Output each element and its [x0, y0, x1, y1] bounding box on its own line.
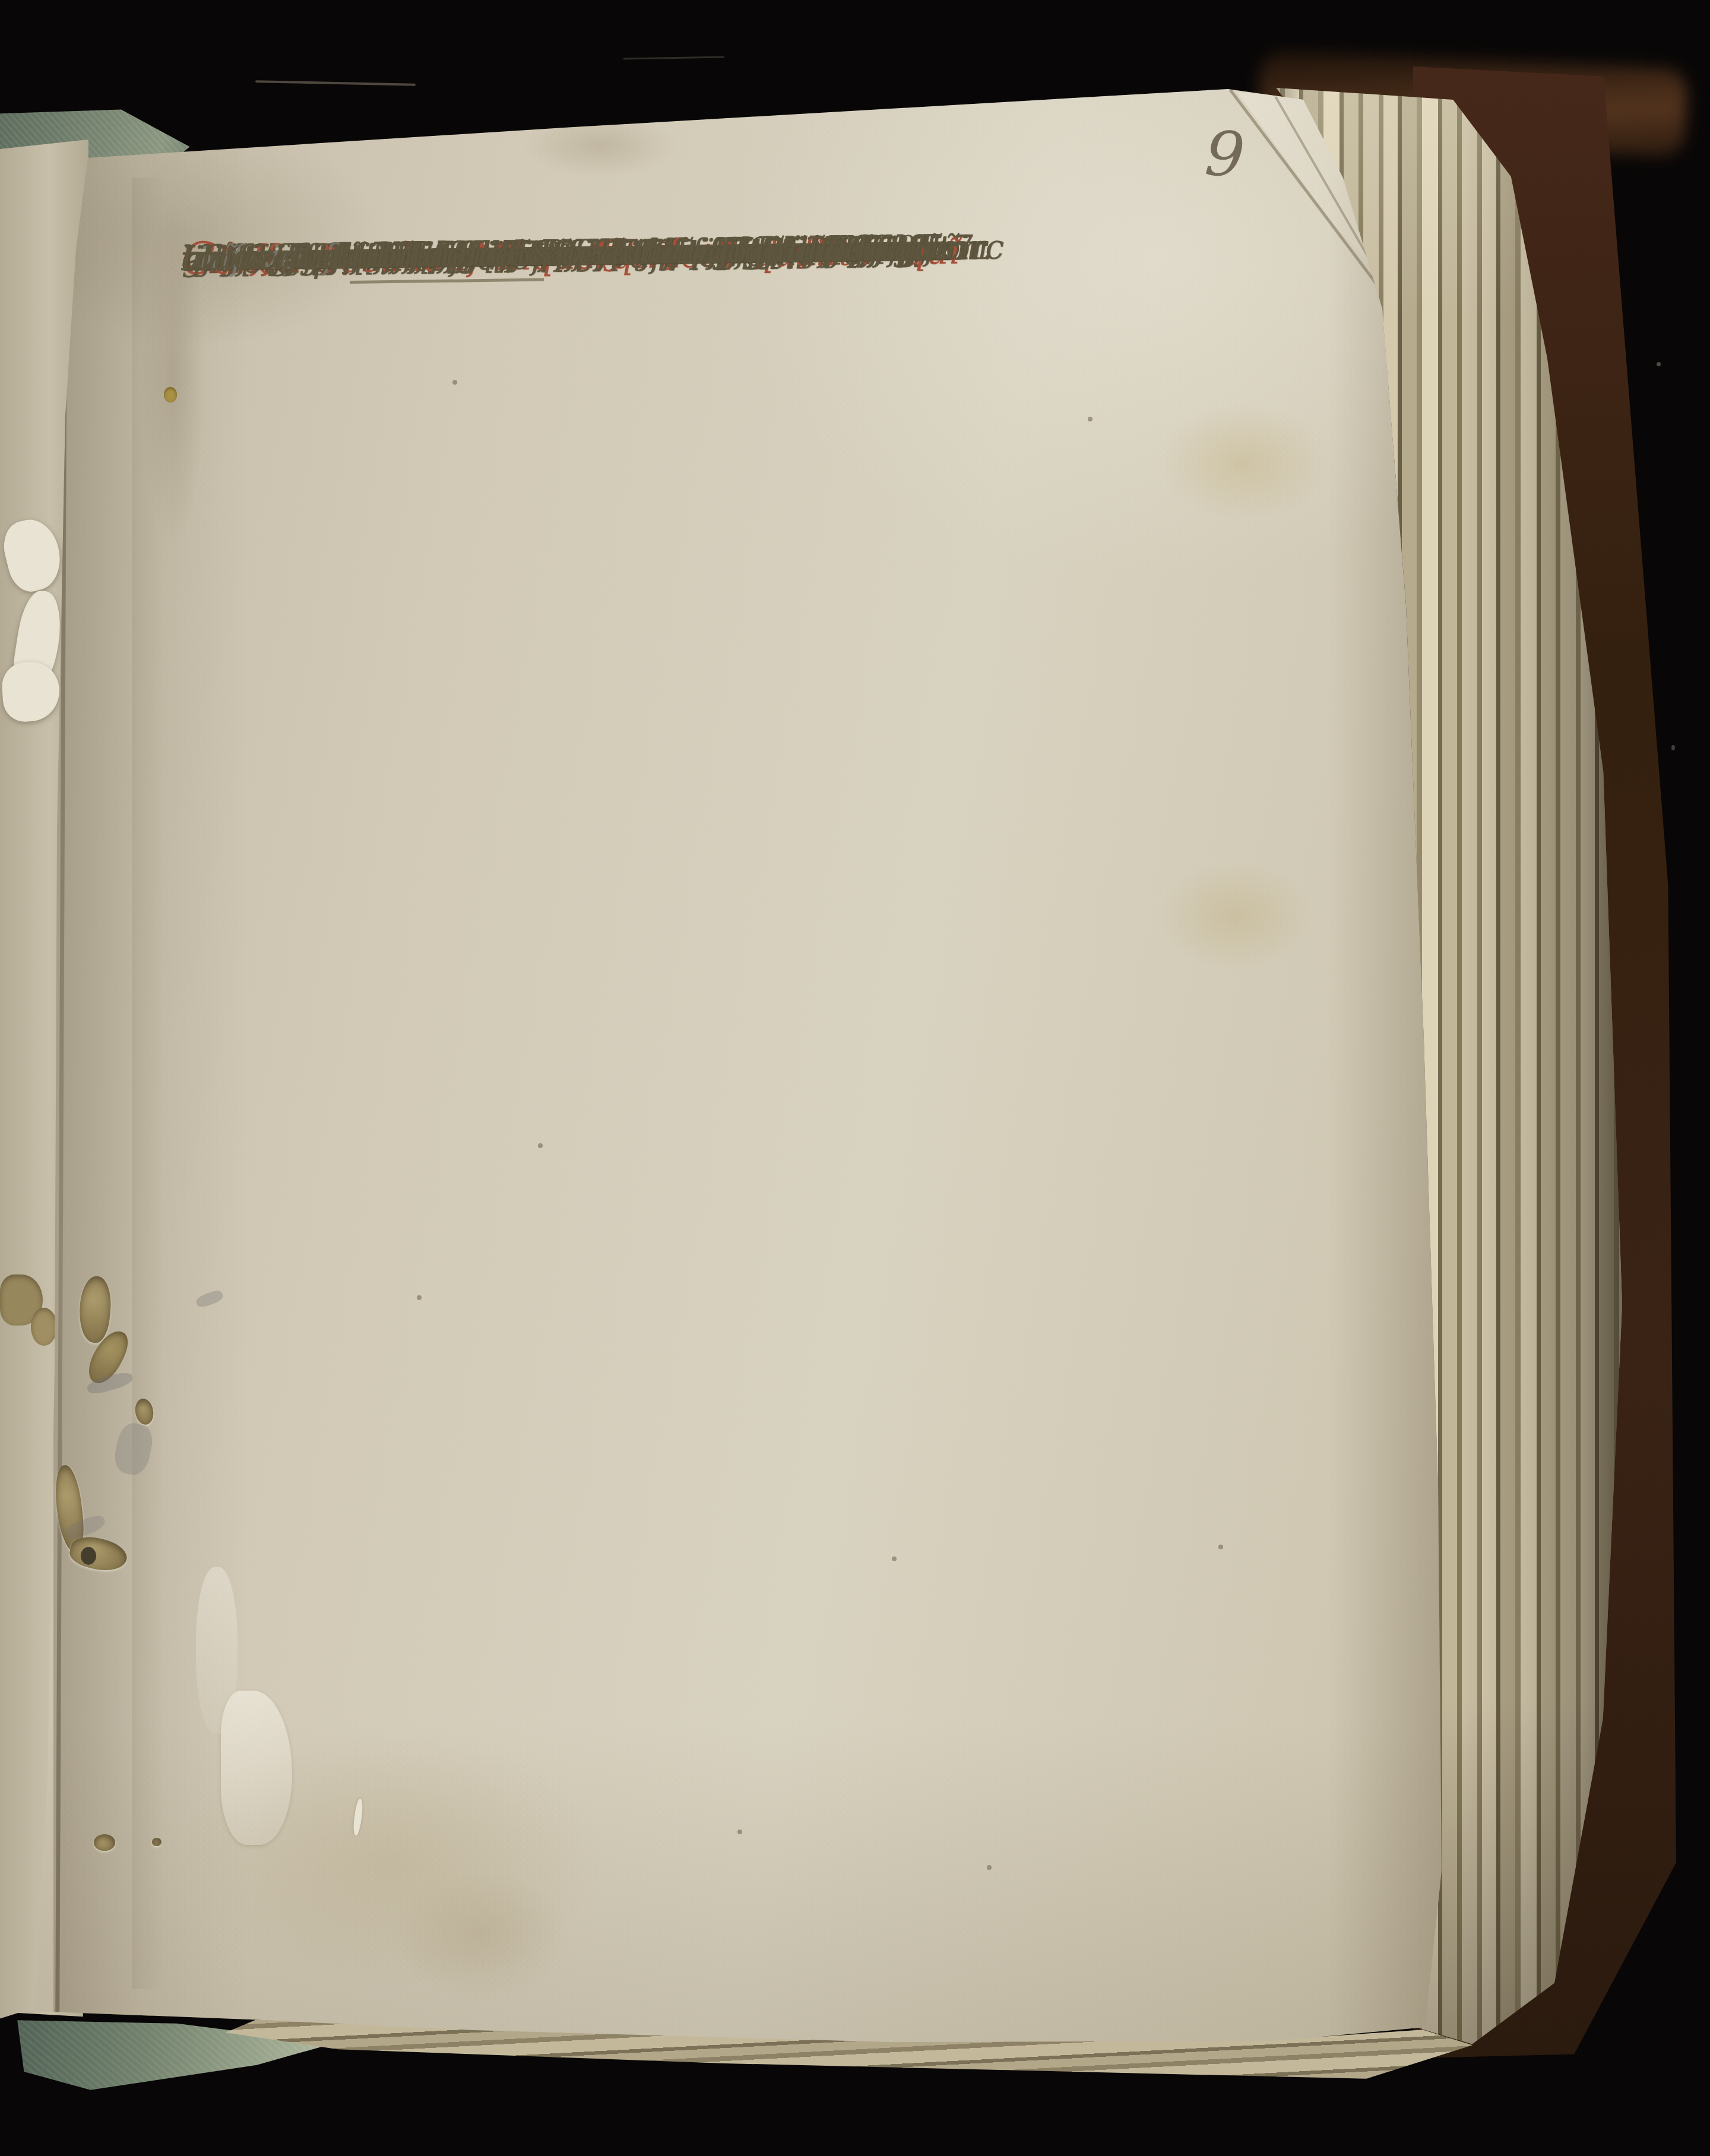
ink-speck: [987, 1865, 992, 1870]
worm-hole: [81, 1547, 96, 1565]
worm-hole: [164, 387, 177, 402]
ink-speck: [417, 1295, 422, 1300]
manuscript-text-segment: to: & ſtet ibi donec qſequariſ ſignũ pdi…: [181, 228, 993, 278]
folio-number: 9: [1203, 122, 1246, 186]
ink-speck: [892, 1556, 897, 1561]
ink-stain: [1158, 861, 1312, 971]
paper-tear: [1, 660, 62, 723]
ink-stain: [522, 113, 677, 178]
dust-speck: [1657, 362, 1661, 366]
manuscript-photo: 9 vaſi: qz ſi calor defecerit: Corrumpet…: [0, 0, 1710, 2156]
repair-patch: [196, 1567, 237, 1733]
worm-hole: [94, 1834, 115, 1851]
dust-speck: [1671, 745, 1675, 750]
surface-scratch: [255, 80, 416, 86]
ink-stain: [1158, 404, 1330, 522]
repair-patch: [221, 1691, 292, 1845]
ink-speck: [452, 380, 457, 385]
paper-tear: [0, 514, 67, 596]
worm-hole: [152, 1838, 161, 1846]
ink-speck: [1218, 1545, 1223, 1549]
ink-speck: [1088, 417, 1092, 421]
ink-speck: [737, 1830, 742, 1834]
ink-speck: [538, 1143, 543, 1148]
worm-hole: [31, 1308, 57, 1346]
surface-scratch: [623, 56, 724, 60]
ink-stain: [392, 1870, 570, 2000]
